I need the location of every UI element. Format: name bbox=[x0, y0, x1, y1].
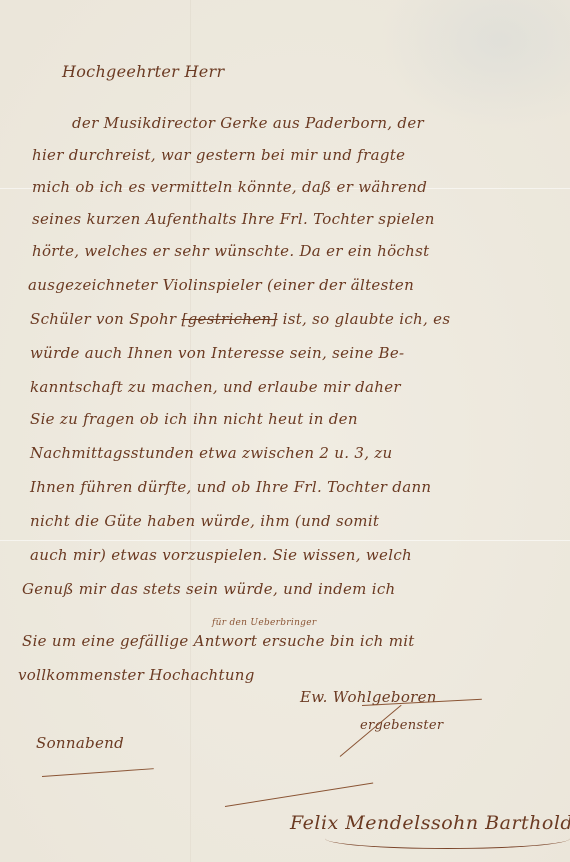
body-line: kanntschaft zu machen, und erlaube mir d… bbox=[30, 378, 401, 396]
letter-page: Hochgeehrter Herr der Musikdirector Gerk… bbox=[0, 0, 570, 862]
body-line: hier durchreist, war gestern bei mir und… bbox=[32, 146, 405, 164]
closing-line-2: ergebenster bbox=[360, 718, 443, 733]
body-line: ausgezeichneter Violinspieler (einer der… bbox=[28, 276, 414, 294]
date-line: Sonnabend bbox=[36, 734, 124, 752]
paper-fold-line bbox=[0, 540, 570, 541]
body-line: Schüler von Spohr [gestrichen] ist, so g… bbox=[30, 310, 450, 328]
body-line: der Musikdirector Gerke aus Paderborn, d… bbox=[72, 114, 424, 132]
body-line: würde auch Ihnen von Interesse sein, sei… bbox=[30, 344, 404, 362]
body-line: nicht die Güte haben würde, ihm (und som… bbox=[30, 512, 379, 530]
interlinear-insertion: für den Ueberbringer bbox=[212, 618, 316, 628]
closing-line-1: Ew. Wohlgeboren bbox=[300, 688, 437, 706]
body-text: ist, so glaubte ich, es bbox=[283, 310, 451, 328]
body-line: Genuß mir das stets sein würde, und inde… bbox=[22, 580, 396, 598]
body-line: Sie um eine gefällige Antwort ersuche bi… bbox=[22, 632, 415, 650]
salutation: Hochgeehrter Herr bbox=[62, 62, 224, 81]
body-line: vollkommenster Hochachtung bbox=[18, 666, 255, 684]
body-line: Sie zu fragen ob ich ihn nicht heut in d… bbox=[30, 410, 358, 428]
date-underline bbox=[42, 768, 154, 777]
body-line: Nachmittagsstunden etwa zwischen 2 u. 3,… bbox=[30, 444, 393, 462]
body-line: auch mir) etwas vorzuspielen. Sie wissen… bbox=[30, 546, 412, 564]
body-line: mich ob ich es vermitteln könnte, daß er… bbox=[32, 178, 427, 196]
body-line: Ihnen führen dürfte, und ob Ihre Frl. To… bbox=[30, 478, 431, 496]
signature-underline-flourish bbox=[325, 828, 570, 849]
signature-flourish bbox=[225, 783, 373, 807]
struck-word: [gestrichen] bbox=[181, 310, 277, 328]
body-line: hörte, welches er sehr wünschte. Da er e… bbox=[32, 242, 429, 260]
body-line: seines kurzen Aufenthalts Ihre Frl. Toch… bbox=[32, 210, 435, 228]
body-text: Schüler von Spohr bbox=[30, 310, 176, 328]
